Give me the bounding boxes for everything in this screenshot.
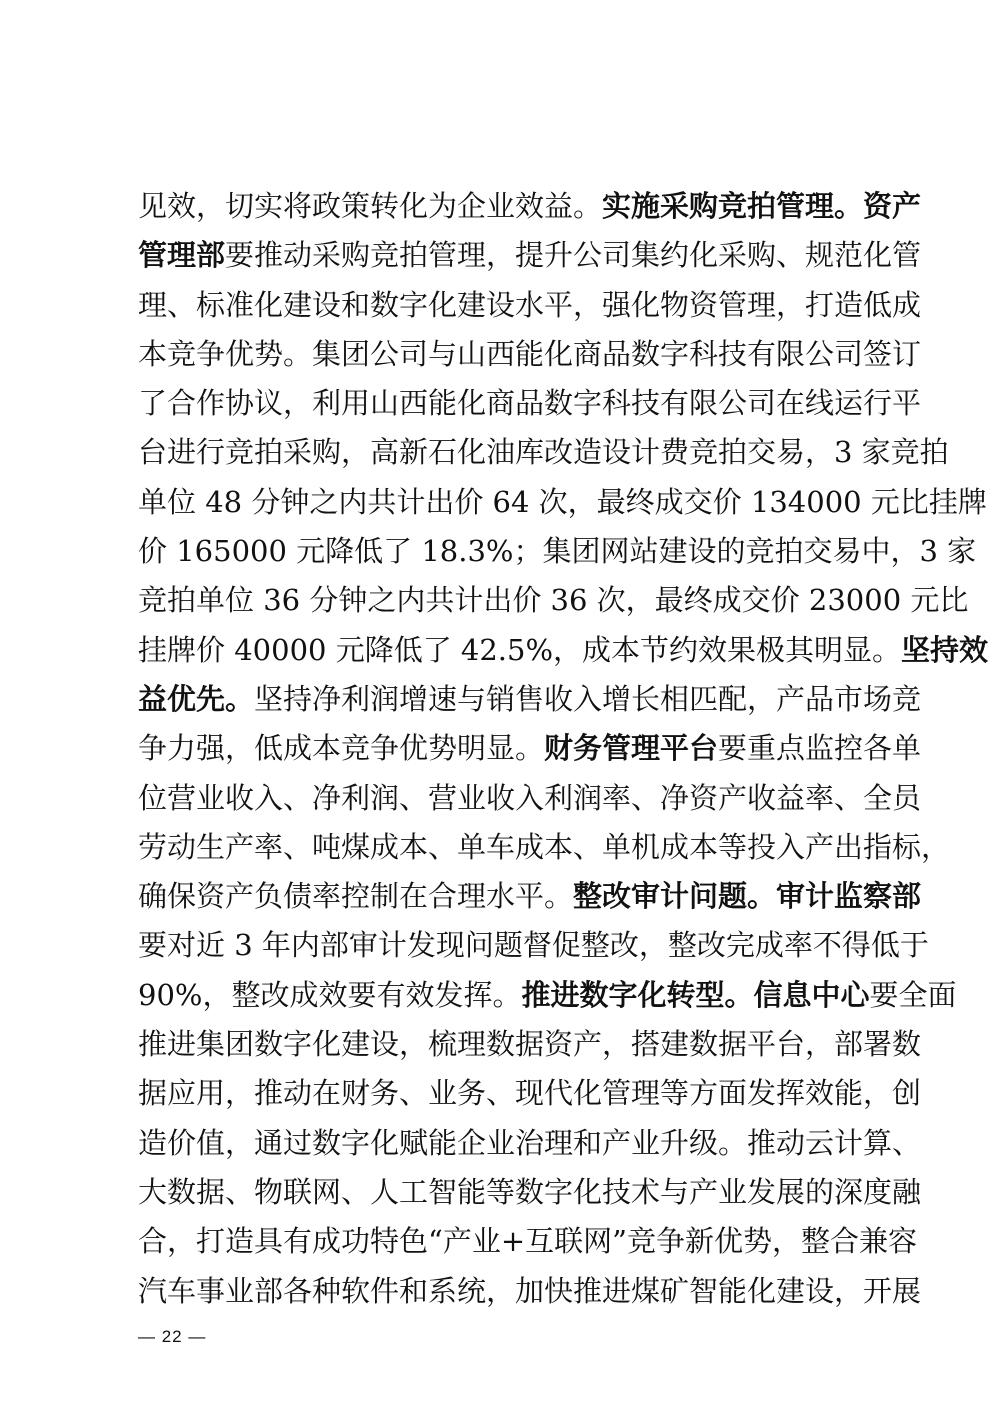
text-line: 90%，整改成效要有效发挥。推进数字化转型。信息中心要全面 <box>138 971 872 1020</box>
text-line: 造价值，通过数字化赋能企业治理和产业升级。推动云计算、 <box>138 1119 872 1168</box>
text-run: 了合作协议，利用山西能化商品数字科技有限公司在线运行平 <box>138 386 921 420</box>
text-run: 推进集团数字化建设，梳理数据资产，搭建数据平台，部署数 <box>138 1027 921 1061</box>
text-run: 要全面 <box>869 978 956 1012</box>
text-run: 本竞争优势。集团公司与山西能化商品数字科技有限公司签订 <box>138 337 921 371</box>
bold-heading-run: 整改审计问题。审计监察部 <box>573 879 921 913</box>
text-run: 据应用，推动在财务、业务、现代化管理等方面发挥效能，创 <box>138 1076 921 1110</box>
text-run: 要推动采购竞拍管理，提升公司集约化采购、规范化管 <box>225 238 921 272</box>
bold-heading-run: 管理部 <box>138 238 225 272</box>
text-line: 确保资产负债率控制在合理水平。整改审计问题。审计监察部 <box>138 872 872 921</box>
text-run: 挂牌价 40000 元降低了 42.5%，成本节约效果极其明显。 <box>138 633 901 667</box>
text-line: 了合作协议，利用山西能化商品数字科技有限公司在线运行平 <box>138 379 872 428</box>
text-line: 竞拍单位 36 分钟之内共计出价 36 次，最终成交价 23000 元比 <box>138 576 872 625</box>
bold-heading-run: 坚持效 <box>901 633 988 667</box>
document-page: 见效，切实将政策转化为企业效益。实施采购竞拍管理。资产管理部要推动采购竞拍管理，… <box>0 0 1000 1414</box>
bold-heading-run: 财务管理平台 <box>544 731 718 765</box>
text-run: 造价值，通过数字化赋能企业治理和产业升级。推动云计算、 <box>138 1126 921 1160</box>
text-run: 理、标准化建设和数字化建设水平，强化物资管理，打造低成 <box>138 288 921 322</box>
text-run: 要对近 3 年内部审计发现问题督促整改，整改完成率不得低于 <box>138 928 929 962</box>
text-line: 要对近 3 年内部审计发现问题督促整改，整改完成率不得低于 <box>138 921 872 970</box>
text-line: 推进集团数字化建设，梳理数据资产，搭建数据平台，部署数 <box>138 1020 872 1069</box>
text-line: 位营业收入、净利润、营业收入利润率、净资产收益率、全员 <box>138 774 872 823</box>
bold-heading-run: 推进数字化转型。信息中心 <box>521 978 869 1012</box>
text-run: 台进行竞拍采购，高新石化油库改造设计费竞拍交易，3 家竞拍 <box>138 435 949 469</box>
text-line: 本竞争优势。集团公司与山西能化商品数字科技有限公司签订 <box>138 330 872 379</box>
text-line: 单位 48 分钟之内共计出价 64 次，最终成交价 134000 元比挂牌 <box>138 478 872 527</box>
text-run: 90%，整改成效要有效发挥。 <box>138 978 521 1012</box>
text-line: 见效，切实将政策转化为企业效益。实施采购竞拍管理。资产 <box>138 182 872 231</box>
text-run: 坚持净利润增速与销售收入增长相匹配，产品市场竞 <box>254 682 921 716</box>
text-line: 挂牌价 40000 元降低了 42.5%，成本节约效果极其明显。坚持效 <box>138 626 872 675</box>
text-line: 据应用，推动在财务、业务、现代化管理等方面发挥效能，创 <box>138 1069 872 1118</box>
text-run: 劳动生产率、吨煤成本、单车成本、单机成本等投入产出指标， <box>138 830 950 864</box>
text-line: 益优先。坚持净利润增速与销售收入增长相匹配，产品市场竞 <box>138 675 872 724</box>
body-paragraph: 见效，切实将政策转化为企业效益。实施采购竞拍管理。资产管理部要推动采购竞拍管理，… <box>138 182 872 1316</box>
text-run: 大数据、物联网、人工智能等数字化技术与产业发展的深度融 <box>138 1175 921 1209</box>
text-run: 见效，切实将政策转化为企业效益。 <box>138 189 602 223</box>
text-run: 合，打造具有成功特色“产业+互联网”竞争新优势，整合兼容 <box>138 1224 917 1258</box>
text-line: 大数据、物联网、人工智能等数字化技术与产业发展的深度融 <box>138 1168 872 1217</box>
page-number: — 22 — <box>138 1327 206 1347</box>
text-line: 理、标准化建设和数字化建设水平，强化物资管理，打造低成 <box>138 281 872 330</box>
text-line: 合，打造具有成功特色“产业+互联网”竞争新优势，整合兼容 <box>138 1217 872 1266</box>
text-run: 位营业收入、净利润、营业收入利润率、净资产收益率、全员 <box>138 781 921 815</box>
text-run: 单位 48 分钟之内共计出价 64 次，最终成交价 134000 元比挂牌 <box>138 485 987 519</box>
text-run: 竞拍单位 36 分钟之内共计出价 36 次，最终成交价 23000 元比 <box>138 583 968 617</box>
text-line: 管理部要推动采购竞拍管理，提升公司集约化采购、规范化管 <box>138 231 872 280</box>
text-run: 要重点监控各单 <box>718 731 921 765</box>
text-run: 汽车事业部各种软件和系统，加快推进煤矿智能化建设，开展 <box>138 1274 921 1308</box>
text-line: 汽车事业部各种软件和系统，加快推进煤矿智能化建设，开展 <box>138 1267 872 1316</box>
text-line: 台进行竞拍采购，高新石化油库改造设计费竞拍交易，3 家竞拍 <box>138 428 872 477</box>
text-line: 争力强，低成本竞争优势明显。财务管理平台要重点监控各单 <box>138 724 872 773</box>
text-run: 争力强，低成本竞争优势明显。 <box>138 731 544 765</box>
text-run: 确保资产负债率控制在合理水平。 <box>138 879 573 913</box>
bold-heading-run: 实施采购竞拍管理。资产 <box>602 189 921 223</box>
bold-heading-run: 益优先。 <box>138 682 254 716</box>
text-line: 价 165000 元降低了 18.3%；集团网站建设的竞拍交易中，3 家 <box>138 527 872 576</box>
text-line: 劳动生产率、吨煤成本、单车成本、单机成本等投入产出指标， <box>138 823 872 872</box>
text-run: 价 165000 元降低了 18.3%；集团网站建设的竞拍交易中，3 家 <box>138 534 976 568</box>
